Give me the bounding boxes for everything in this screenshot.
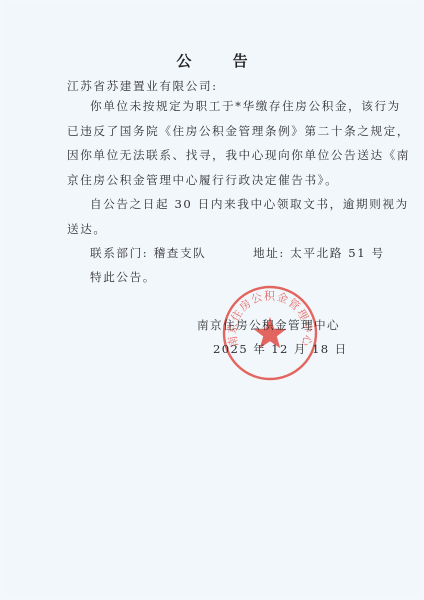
address-value: 太平北路 51 号 <box>290 246 385 260</box>
body-line-2: 已违反了国务院《住房公积金管理条例》第二十条之规定， <box>67 123 410 139</box>
signature-date: 2025 年 12 月 18 日 <box>213 341 348 357</box>
body-line-3: 因你单位无法联系、找寻，我中心现向你单位公告送达《南 <box>67 147 410 163</box>
body-line-4: 京住房公积金管理中心履行行政决定催告书》。 <box>67 172 338 188</box>
contact-line: 联系部门: 稽查支队 地址: 太平北路 51 号 <box>90 245 385 261</box>
department-label: 联系部门: <box>90 246 148 260</box>
address-label: 地址: <box>253 246 285 260</box>
department-value: 稽查支队 <box>154 246 207 260</box>
body-line-5: 自公告之日起 30 日内来我中心领取文书，逾期则视为 <box>90 196 409 212</box>
addressee: 江苏省苏建置业有限公司: <box>67 78 218 94</box>
document-title: 公 告 <box>0 50 424 71</box>
closing-line: 特此公告。 <box>90 269 156 285</box>
signature-organization: 南京住房公积金管理中心 <box>197 317 340 333</box>
body-line-6: 送达。 <box>67 221 107 237</box>
official-seal-icon: 南京住房公积金管理中心 <box>220 283 320 383</box>
body-line-1: 你单位未按规定为职工于*华缴存住房公积金，该行为 <box>90 98 401 114</box>
